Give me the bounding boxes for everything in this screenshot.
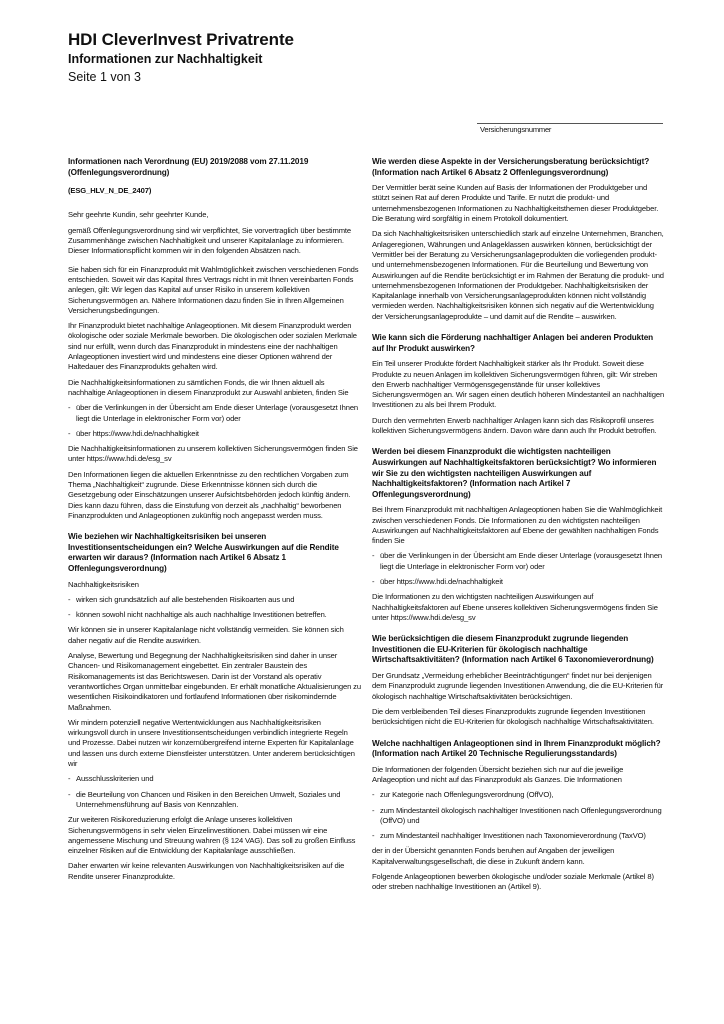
paragraph: Daher erwarten wir keine relevanten Ausw… [68,861,361,882]
section-heading-adverse-impacts: Werden bei diesem Finanzprodukt die wich… [372,447,665,500]
left-column: Informationen nach Verordnung (EU) 2019/… [68,157,361,887]
section-heading-risk: Wie beziehen wir Nachhaltigkeitsrisiken … [68,532,361,574]
section-heading-taxonomy: Wie berücksichtigen die diesem Finanzpro… [372,634,665,666]
list-item: - wirken sich grundsätzlich auf alle bes… [68,595,361,605]
section-heading-other-products: Wie kann sich die Förderung nachhaltiger… [372,333,665,354]
right-column: Wie werden diese Aspekte in der Versiche… [372,157,665,898]
list-item-link[interactable]: - über https://www.hdi.de/nachhaltigkeit [372,577,665,587]
paragraph: Zur weiteren Risikoreduzierung erfolgt d… [68,815,361,856]
document-code: (ESG_HLV_N_DE_2407) [68,186,361,196]
paragraph: Nachhaltigkeitsrisiken [68,580,361,590]
section-heading-regulation: Informationen nach Verordnung (EU) 2019/… [68,157,361,178]
page-indicator: Seite 1 von 3 [68,69,294,86]
paragraph: Die dem verbleibenden Teil dieses Finanz… [372,707,665,728]
paragraph: Wir können sie in unserer Kapitalanlage … [68,625,361,646]
paragraph: Ihr Finanzprodukt bietet nachhaltige Anl… [68,321,361,372]
paragraph: Die Informationen der folgenden Übersich… [372,765,665,786]
dash-bullet-icon: - [68,790,76,811]
dash-bullet-icon: - [372,831,380,841]
paragraph: Der Grundsatz „Vermeidung erheblicher Be… [372,671,665,702]
paragraph: Den Informationen liegen die aktuellen E… [68,470,361,521]
dash-bullet-icon: - [68,403,76,424]
list-item: - können sowohl nicht nachhaltige als au… [68,610,361,620]
paragraph: Sie haben sich für ein Finanzprodukt mit… [68,265,361,316]
dash-bullet-icon: - [68,429,76,439]
dash-bullet-icon: - [68,595,76,605]
section-heading-advice: Wie werden diese Aspekte in der Versiche… [372,157,665,178]
paragraph: gemäß Offenlegungsverordnung sind wir ve… [68,226,361,257]
list-item-link[interactable]: - über https://www.hdi.de/nachhaltigkeit [68,429,361,439]
paragraph-with-link[interactable]: Die Nachhaltigkeitsinformationen zu unse… [68,444,361,465]
list-item: - über die Verlinkungen in der Übersicht… [68,403,361,424]
dash-bullet-icon: - [372,806,380,827]
policy-number-field: Versicherungsnummer [477,123,663,134]
paragraph: Der Vermittler berät seine Kunden auf Ba… [372,183,665,224]
document-subtitle: Informationen zur Nachhaltigkeit [68,51,294,68]
list-item: - zum Mindestanteil ökologisch nachhalti… [372,806,665,827]
paragraph-with-link[interactable]: Die Informationen zu den wichtigsten nac… [372,592,665,623]
policy-number-label: Versicherungsnummer [480,125,663,134]
section-heading-investment-options: Welche nachhaltigen Anlageoptionen sind … [372,739,665,760]
paragraph: Analyse, Bewertung und Begegnung der Nac… [68,651,361,713]
paragraph: Da sich Nachhaltigkeitsrisiken unterschi… [372,229,665,322]
paragraph: Ein Teil unserer Produkte fördert Nachha… [372,359,665,410]
paragraph: Wir mindern potenziell negative Wertentw… [68,718,361,769]
list-item: - über die Verlinkungen in der Übersicht… [372,551,665,572]
list-item: - zur Kategorie nach Offenlegungsverordn… [372,790,665,800]
salutation: Sehr geehrte Kundin, sehr geehrter Kunde… [68,210,361,220]
dash-bullet-icon: - [68,774,76,784]
paragraph: Folgende Anlageoptionen bewerben ökologi… [372,872,665,893]
document-header: HDI CleverInvest Privatrente Information… [68,30,294,86]
dash-bullet-icon: - [372,577,380,587]
list-item: - die Beurteilung von Chancen und Risike… [68,790,361,811]
paragraph: Die Nachhaltigkeitsinformationen zu sämt… [68,378,361,399]
document-title: HDI CleverInvest Privatrente [68,30,294,50]
dash-bullet-icon: - [372,790,380,800]
dash-bullet-icon: - [372,551,380,572]
list-item: - Ausschlusskriterien und [68,774,361,784]
dash-bullet-icon: - [68,610,76,620]
paragraph: Bei Ihrem Finanzprodukt mit nachhaltigen… [372,505,665,546]
list-item: - zum Mindestanteil nachhaltiger Investi… [372,831,665,841]
paragraph: Durch den vermehrten Erwerb nachhaltiger… [372,416,665,437]
paragraph: der in der Übersicht genannten Fonds ber… [372,846,665,867]
